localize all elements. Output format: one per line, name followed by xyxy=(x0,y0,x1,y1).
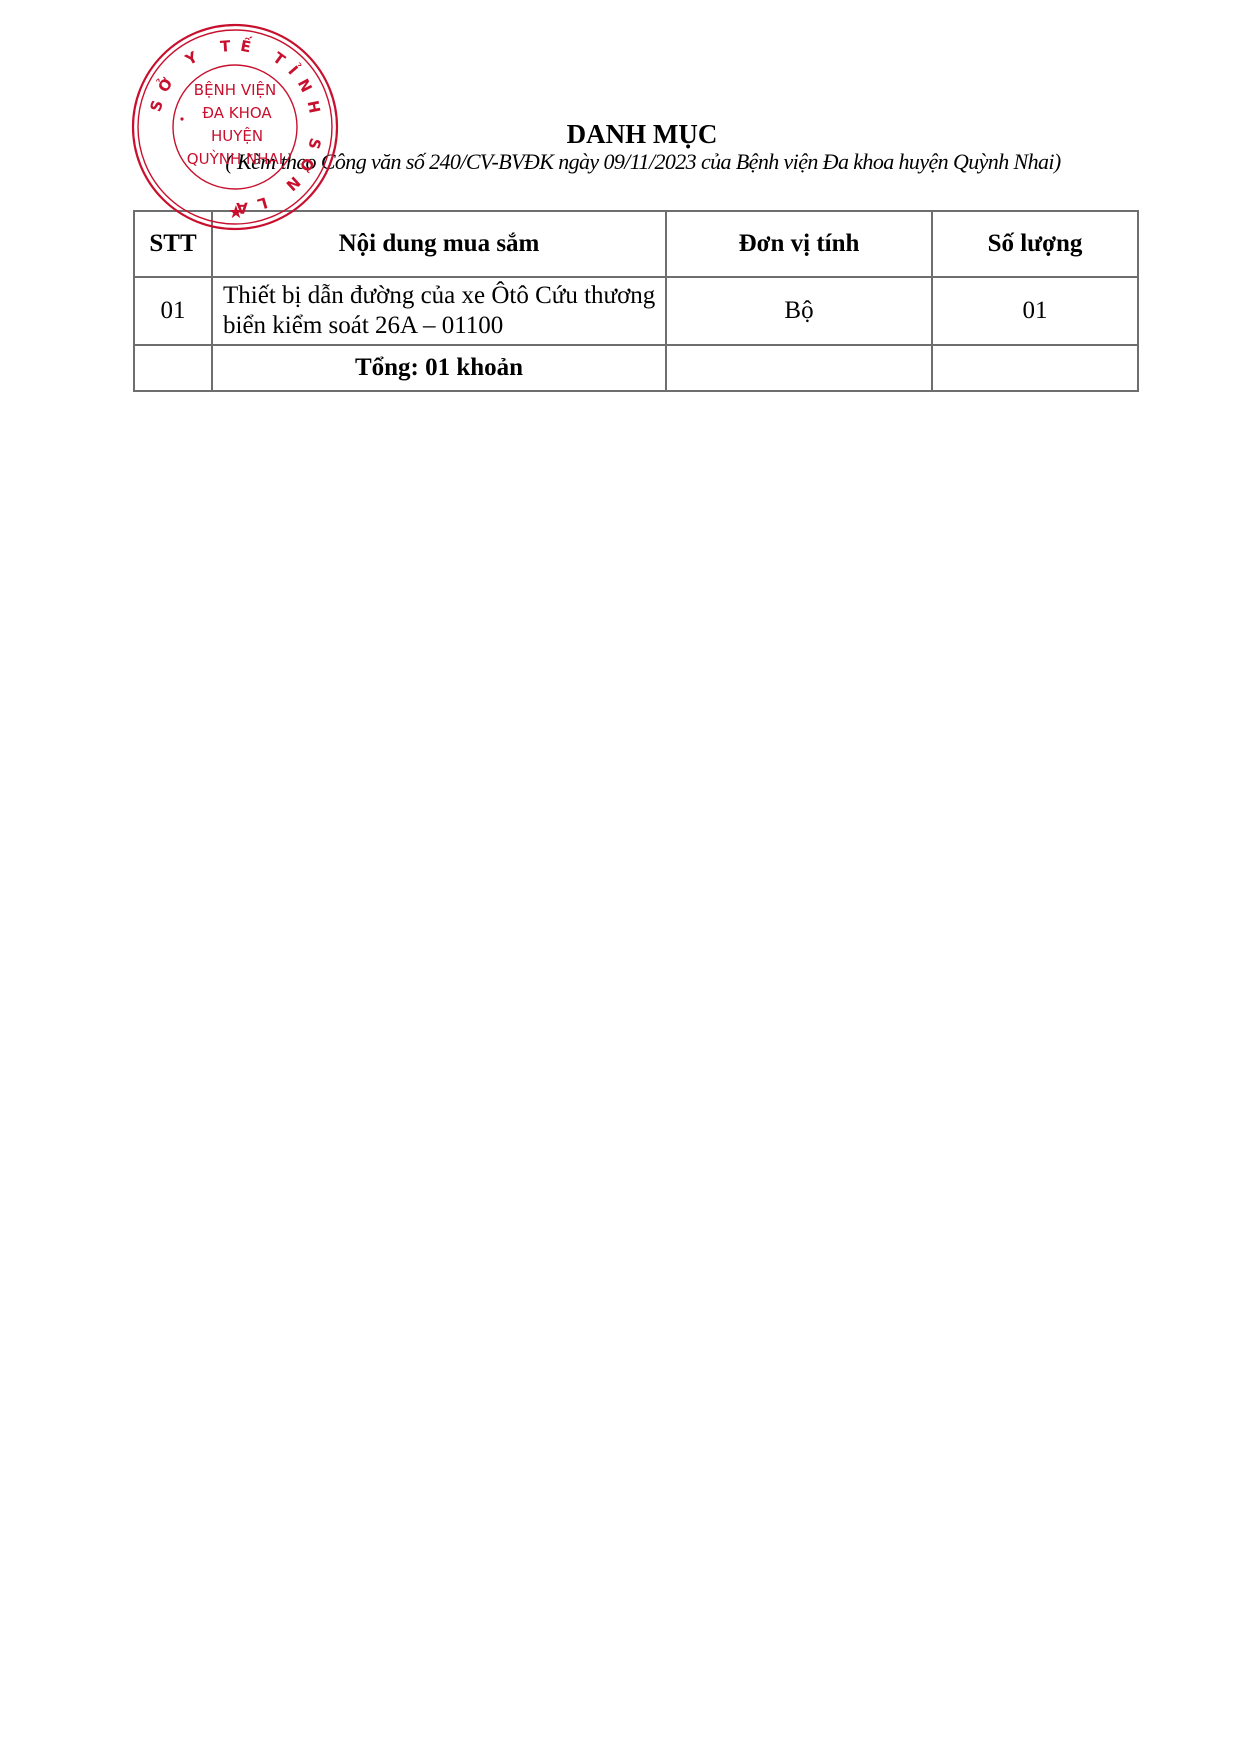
table-row: 01 Thiết bị dẫn đường của xe Ôtô Cứu thư… xyxy=(134,277,1138,345)
table-total-row: Tổng: 01 khoản xyxy=(134,345,1138,391)
header-stt: STT xyxy=(134,211,212,277)
total-stt xyxy=(134,345,212,391)
header-quantity: Số lượng xyxy=(932,211,1138,277)
cell-unit: Bộ xyxy=(666,277,932,345)
header-content: Nội dung mua sắm xyxy=(212,211,666,277)
document-title: DANH MỤC xyxy=(0,117,1241,151)
cell-stt: 01 xyxy=(134,277,212,345)
stamp-line-1: BỆNH VIỆN xyxy=(194,80,276,99)
cell-quantity: 01 xyxy=(932,277,1138,345)
total-label: Tổng: 01 khoản xyxy=(212,345,666,391)
total-quantity xyxy=(932,345,1138,391)
document-subtitle: ( Kèm theo Công văn số 240/CV-BVĐK ngày … xyxy=(173,148,1113,176)
total-unit xyxy=(666,345,932,391)
header-unit: Đơn vị tính xyxy=(666,211,932,277)
document-page: DANH MỤC ( Kèm theo Công văn số 240/CV-B… xyxy=(0,0,1241,1755)
procurement-table: STT Nội dung mua sắm Đơn vị tính Số lượn… xyxy=(133,210,1139,392)
cell-content: Thiết bị dẫn đường của xe Ôtô Cứu thương… xyxy=(212,277,666,345)
table-header-row: STT Nội dung mua sắm Đơn vị tính Số lượn… xyxy=(134,211,1138,277)
